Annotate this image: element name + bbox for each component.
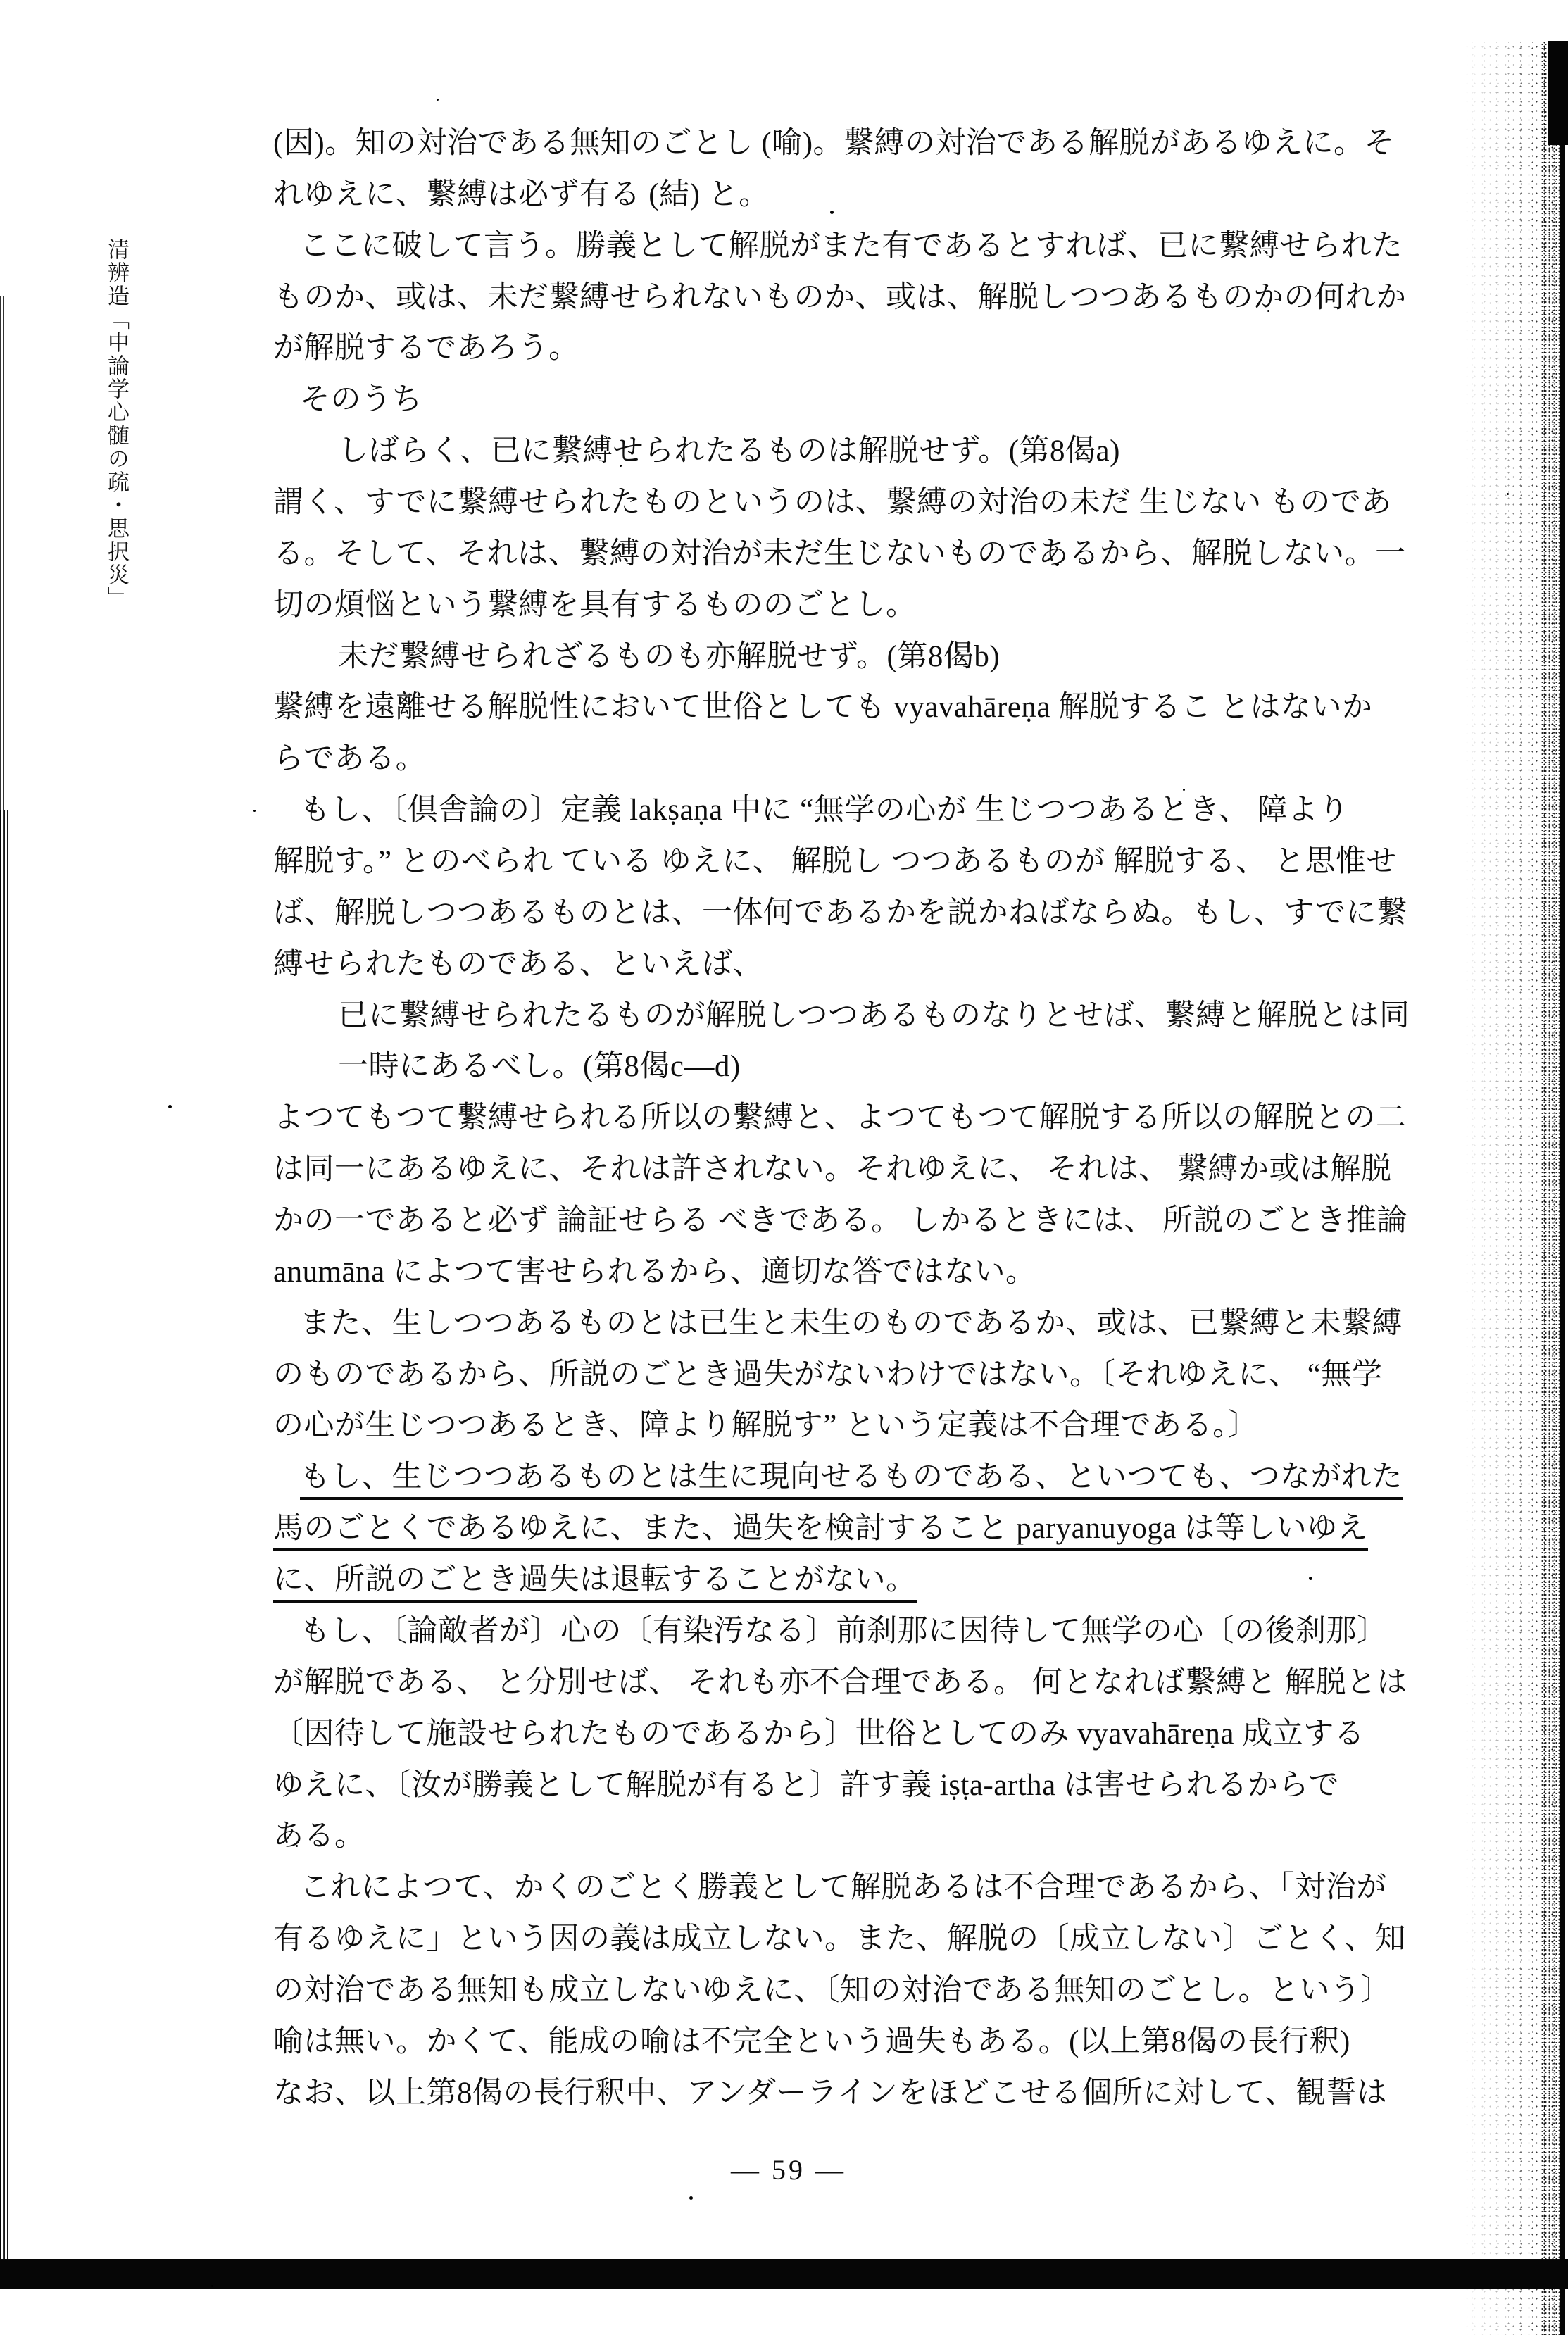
scan-specks bbox=[437, 99, 439, 101]
scan-noise-right-dense bbox=[1541, 42, 1562, 2335]
text-line-content: 一時にあるべし。(第8偈c—d) bbox=[338, 1050, 741, 1083]
text-line-content: しばらく、已に繋縛せられたるものは解脱せず。(第8偈a) bbox=[338, 434, 1120, 468]
text-line: に、所説のごとき過失は退転することがない。 bbox=[273, 1555, 1442, 1606]
text-line-content: る。そして、それは、繋縛の対治が未だ生じないものであるから、解脱しない。一 bbox=[273, 537, 1406, 570]
text-line: なお、以上第8偈の長行釈中、アンダーラインをほどこせる個所に対して、観誓は bbox=[273, 2068, 1442, 2120]
text-line-content: これによつて、かくのごとく勝義として解脱あるは不合理であるから、「対治が bbox=[300, 1871, 1387, 1904]
text-line: 繋縛を遠離せる解脱性において世俗としても vyavahāreṇa 解脱するこ と… bbox=[273, 682, 1442, 734]
text-line-content: 解脱す。” とのべられ ている ゆえに、 解脱し つつあるものが 解脱する、 と… bbox=[273, 845, 1397, 878]
text-line-content: ある。 bbox=[273, 1820, 365, 1853]
text-line-content: ゆえに、〔汝が勝義として解脱が有ると〕許す義 iṣṭa-artha は害せられる… bbox=[273, 1769, 1339, 1802]
text-line: もし、生じつつあるものとは生に現向せるものである、といつても、つながれた bbox=[273, 1452, 1442, 1503]
text-line-content: そのうち bbox=[300, 383, 422, 416]
text-line: (因)。知の対治である無知のごとし (喻)。繋縛の対治である解脱があるゆえに。そ bbox=[273, 118, 1442, 170]
text-line: また、生しつつあるものとは已生と未生のものであるか、或は、已繋縛と未繋縛 bbox=[273, 1298, 1442, 1350]
page-number: — 59 — bbox=[718, 2153, 859, 2186]
text-line-content: は同一にあるゆえに、それは許されない。それゆえに、 それは、 繋縛か或は解脱 bbox=[273, 1153, 1392, 1186]
text-line-content: れゆえに、繋縛は必ず有る (結) と。 bbox=[273, 178, 770, 211]
text-line-content: ものか、或は、未だ繋縛せられないものか、或は、解脱しつつあるものかの何れか bbox=[273, 281, 1407, 314]
text-line: 未だ繋縛せられざるものも亦解脱せず。(第8偈b) bbox=[273, 632, 1442, 683]
scan-corner-blotch bbox=[1548, 41, 1568, 145]
text-line-content: ば、解脱しつつあるものとは、一体何であるかを説かねばならぬ。もし、すでに繋 bbox=[273, 896, 1407, 929]
text-line-content: また、生しつつあるものとは已生と未生のものであるか、或は、已繋縛と未繋縛 bbox=[300, 1307, 1403, 1340]
text-line: かの一であると必ず 論証せらる べきである。 しかるときには、 所説のごとき推論 bbox=[273, 1196, 1442, 1247]
text-line: が解脱である、 と分別せば、 それも亦不合理である。 何となれば繋縛と 解脱とは bbox=[273, 1658, 1442, 1709]
text-line: 馬のごとくであるゆえに、また、過失を検討すること paryanuyoga は等し… bbox=[273, 1503, 1442, 1555]
scan-edge-bottom-band bbox=[0, 2259, 1568, 2289]
text-line-content: もし、〔論敵者が〕心の〔有染汚なる〕前刹那に因待して無学の心〔の後刹那〕 bbox=[300, 1615, 1388, 1648]
text-line: 謂く、すでに繋縛せられたものというのは、繋縛の対治の未だ 生じない ものであ bbox=[273, 477, 1442, 529]
text-line: 切の煩悩という繋縛を具有するもののごとし。 bbox=[273, 580, 1442, 632]
text-line: もし、〔倶舎論の〕定義 lakṣaṇa 中に “無学の心が 生じつつあるとき、 … bbox=[273, 785, 1442, 837]
text-line-content: (因)。知の対治である無知のごとし (喻)。繋縛の対治である解脱があるゆえに。そ bbox=[273, 127, 1395, 160]
text-line-underlined: に、所説のごとき過失は退転することがない。 bbox=[273, 1563, 917, 1603]
text-line-content: anumāna によつて害せられるから、適切な答ではない。 bbox=[273, 1256, 1036, 1289]
text-line: 已に繋縛せられたるものが解脱しつつあるものなりとせば、繋縛と解脱とは同 bbox=[273, 991, 1442, 1042]
text-line-content: よつてもつて繋縛せられる所以の繋縛と、よつてもつて解脱する所以の解脱との二 bbox=[273, 1101, 1407, 1134]
side-title: 清辨造「中論学心髄の疏・思択災」 bbox=[101, 238, 132, 576]
text-line: らである。 bbox=[273, 734, 1442, 785]
text-line: しばらく、已に繋縛せられたるものは解脱せず。(第8偈a) bbox=[273, 426, 1442, 477]
text-line-underlined: 馬のごとくであるゆえに、また、過失を検討すること paryanuyoga は等し… bbox=[273, 1512, 1368, 1551]
text-line: 有るゆえに」という因の義は成立しない。また、解脱の〔成立しない〕ごとく、知 bbox=[273, 1914, 1442, 1965]
text-line: れゆえに、繋縛は必ず有る (結) と。 bbox=[273, 170, 1442, 221]
text-line: 解脱す。” とのべられ ている ゆえに、 解脱し つつあるものが 解脱する、 と… bbox=[273, 837, 1442, 888]
scan-edge-right-line bbox=[1560, 41, 1565, 2335]
scanned-document: { "doc": { "side_title": "清辨造「中論学心髄の疏・思択… bbox=[0, 0, 1568, 2335]
text-line-content: が解脱である、 と分別せば、 それも亦不合理である。 何となれば繋縛と 解脱とは bbox=[273, 1666, 1407, 1699]
text-line: ば、解脱しつつあるものとは、一体何であるかを説かねばならぬ。もし、すでに繋 bbox=[273, 888, 1442, 939]
text-line: ここに破して言う。勝義として解脱がまた有であるとすれば、已に繋縛せられた bbox=[273, 221, 1442, 273]
text-line-content: 縛せられたものである、といえば、 bbox=[273, 948, 763, 981]
text-line: anumāna によつて害せられるから、適切な答ではない。 bbox=[273, 1247, 1442, 1298]
text-line-content: らである。 bbox=[273, 742, 426, 775]
text-line-content: の心が生じつつあるとき、障より解脱す” という定義は不合理である。〕 bbox=[273, 1409, 1259, 1442]
text-line: 〔因待して施設せられたものであるから〕世俗としてのみ vyavahāreṇa 成… bbox=[273, 1709, 1442, 1760]
text-line-content: の対治である無知も成立しないゆえに、〔知の対治である無知のごとし。という〕 bbox=[273, 1974, 1391, 2007]
text-line: そのうち bbox=[273, 375, 1442, 426]
text-line: これによつて、かくのごとく勝義として解脱あるは不合理であるから、「対治が bbox=[273, 1863, 1442, 1914]
text-line: が解脱するであろう。 bbox=[273, 323, 1442, 375]
text-line: 縛せられたものである、といえば、 bbox=[273, 939, 1442, 991]
scan-edge-left-streaks-wide bbox=[0, 810, 10, 2262]
text-line-content: 喻は無い。かくて、能成の喻は不完全という過失もある。(以上第8偈の長行釈) bbox=[273, 2025, 1350, 2058]
text-line: の対治である無知も成立しないゆえに、〔知の対治である無知のごとし。という〕 bbox=[273, 1965, 1442, 2017]
text-line-content: なお、以上第8偈の長行釈中、アンダーラインをほどこせる個所に対して、観誓は bbox=[273, 2077, 1387, 2110]
text-line-content: 未だ繋縛せられざるものも亦解脱せず。(第8偈b) bbox=[338, 640, 1000, 673]
text-line: 喻は無い。かくて、能成の喻は不完全という過失もある。(以上第8偈の長行釈) bbox=[273, 2017, 1442, 2068]
text-line-content: 〔因待して施設せられたものであるから〕世俗としてのみ vyavahāreṇa 成… bbox=[273, 1717, 1365, 1751]
text-line-content: が解脱するであろう。 bbox=[273, 332, 579, 365]
text-line-content: もし、〔倶舎論の〕定義 lakṣaṇa 中に “無学の心が 生じつつあるとき、 … bbox=[300, 794, 1349, 827]
text-line: ある。 bbox=[273, 1811, 1442, 1863]
text-line: のものであるから、所説のごとき過失がないわけではない。〔それゆえに、 “無学 bbox=[273, 1350, 1442, 1401]
page: 清辨造「中論学心髄の疏・思択災」 (因)。知の対治である無知のごとし (喻)。繋… bbox=[0, 0, 1568, 2335]
text-line-content: 謂く、すでに繋縛せられたものというのは、繋縛の対治の未だ 生じない ものであ bbox=[273, 486, 1392, 519]
text-line-content: 有るゆえに」という因の義は成立しない。また、解脱の〔成立しない〕ごとく、知 bbox=[273, 1922, 1406, 1955]
text-line: は同一にあるゆえに、それは許されない。それゆえに、 それは、 繋縛か或は解脱 bbox=[273, 1144, 1442, 1196]
text-line-content: 已に繋縛せられたるものが解脱しつつあるものなりとせば、繋縛と解脱とは同 bbox=[338, 999, 1410, 1032]
text-line-content: のものであるから、所説のごとき過失がないわけではない。〔それゆえに、 “無学 bbox=[273, 1358, 1382, 1391]
text-line: もし、〔論敵者が〕心の〔有染汚なる〕前刹那に因待して無学の心〔の後刹那〕 bbox=[273, 1606, 1442, 1658]
text-line: ものか、或は、未だ繋縛せられないものか、或は、解脱しつつあるものかの何れか bbox=[273, 273, 1442, 324]
text-line-content: ここに破して言う。勝義として解脱がまた有であるとすれば、已に繋縛せられた bbox=[300, 230, 1403, 263]
text-line: 一時にあるべし。(第8偈c—d) bbox=[273, 1041, 1442, 1093]
text-line: の心が生じつつあるとき、障より解脱す” という定義は不合理である。〕 bbox=[273, 1401, 1442, 1452]
body-text: (因)。知の対治である無知のごとし (喻)。繋縛の対治である解脱があるゆえに。そ… bbox=[273, 118, 1442, 2120]
text-line-underlined: もし、生じつつあるものとは生に現向せるものである、といつても、つながれた bbox=[300, 1460, 1403, 1500]
text-line-content: かの一であると必ず 論証せらる べきである。 しかるときには、 所説のごとき推論 bbox=[273, 1204, 1407, 1237]
text-line: る。そして、それは、繋縛の対治が未だ生じないものであるから、解脱しない。一 bbox=[273, 529, 1442, 580]
text-line-content: 繋縛を遠離せる解脱性において世俗としても vyavahāreṇa 解脱するこ と… bbox=[273, 691, 1373, 724]
text-line: よつてもつて繋縛せられる所以の繋縛と、よつてもつて解脱する所以の解脱との二 bbox=[273, 1093, 1442, 1144]
text-line: ゆえに、〔汝が勝義として解脱が有ると〕許す義 iṣṭa-artha は害せられる… bbox=[273, 1760, 1442, 1812]
text-line-content: 切の煩悩という繋縛を具有するもののごとし。 bbox=[273, 589, 917, 622]
